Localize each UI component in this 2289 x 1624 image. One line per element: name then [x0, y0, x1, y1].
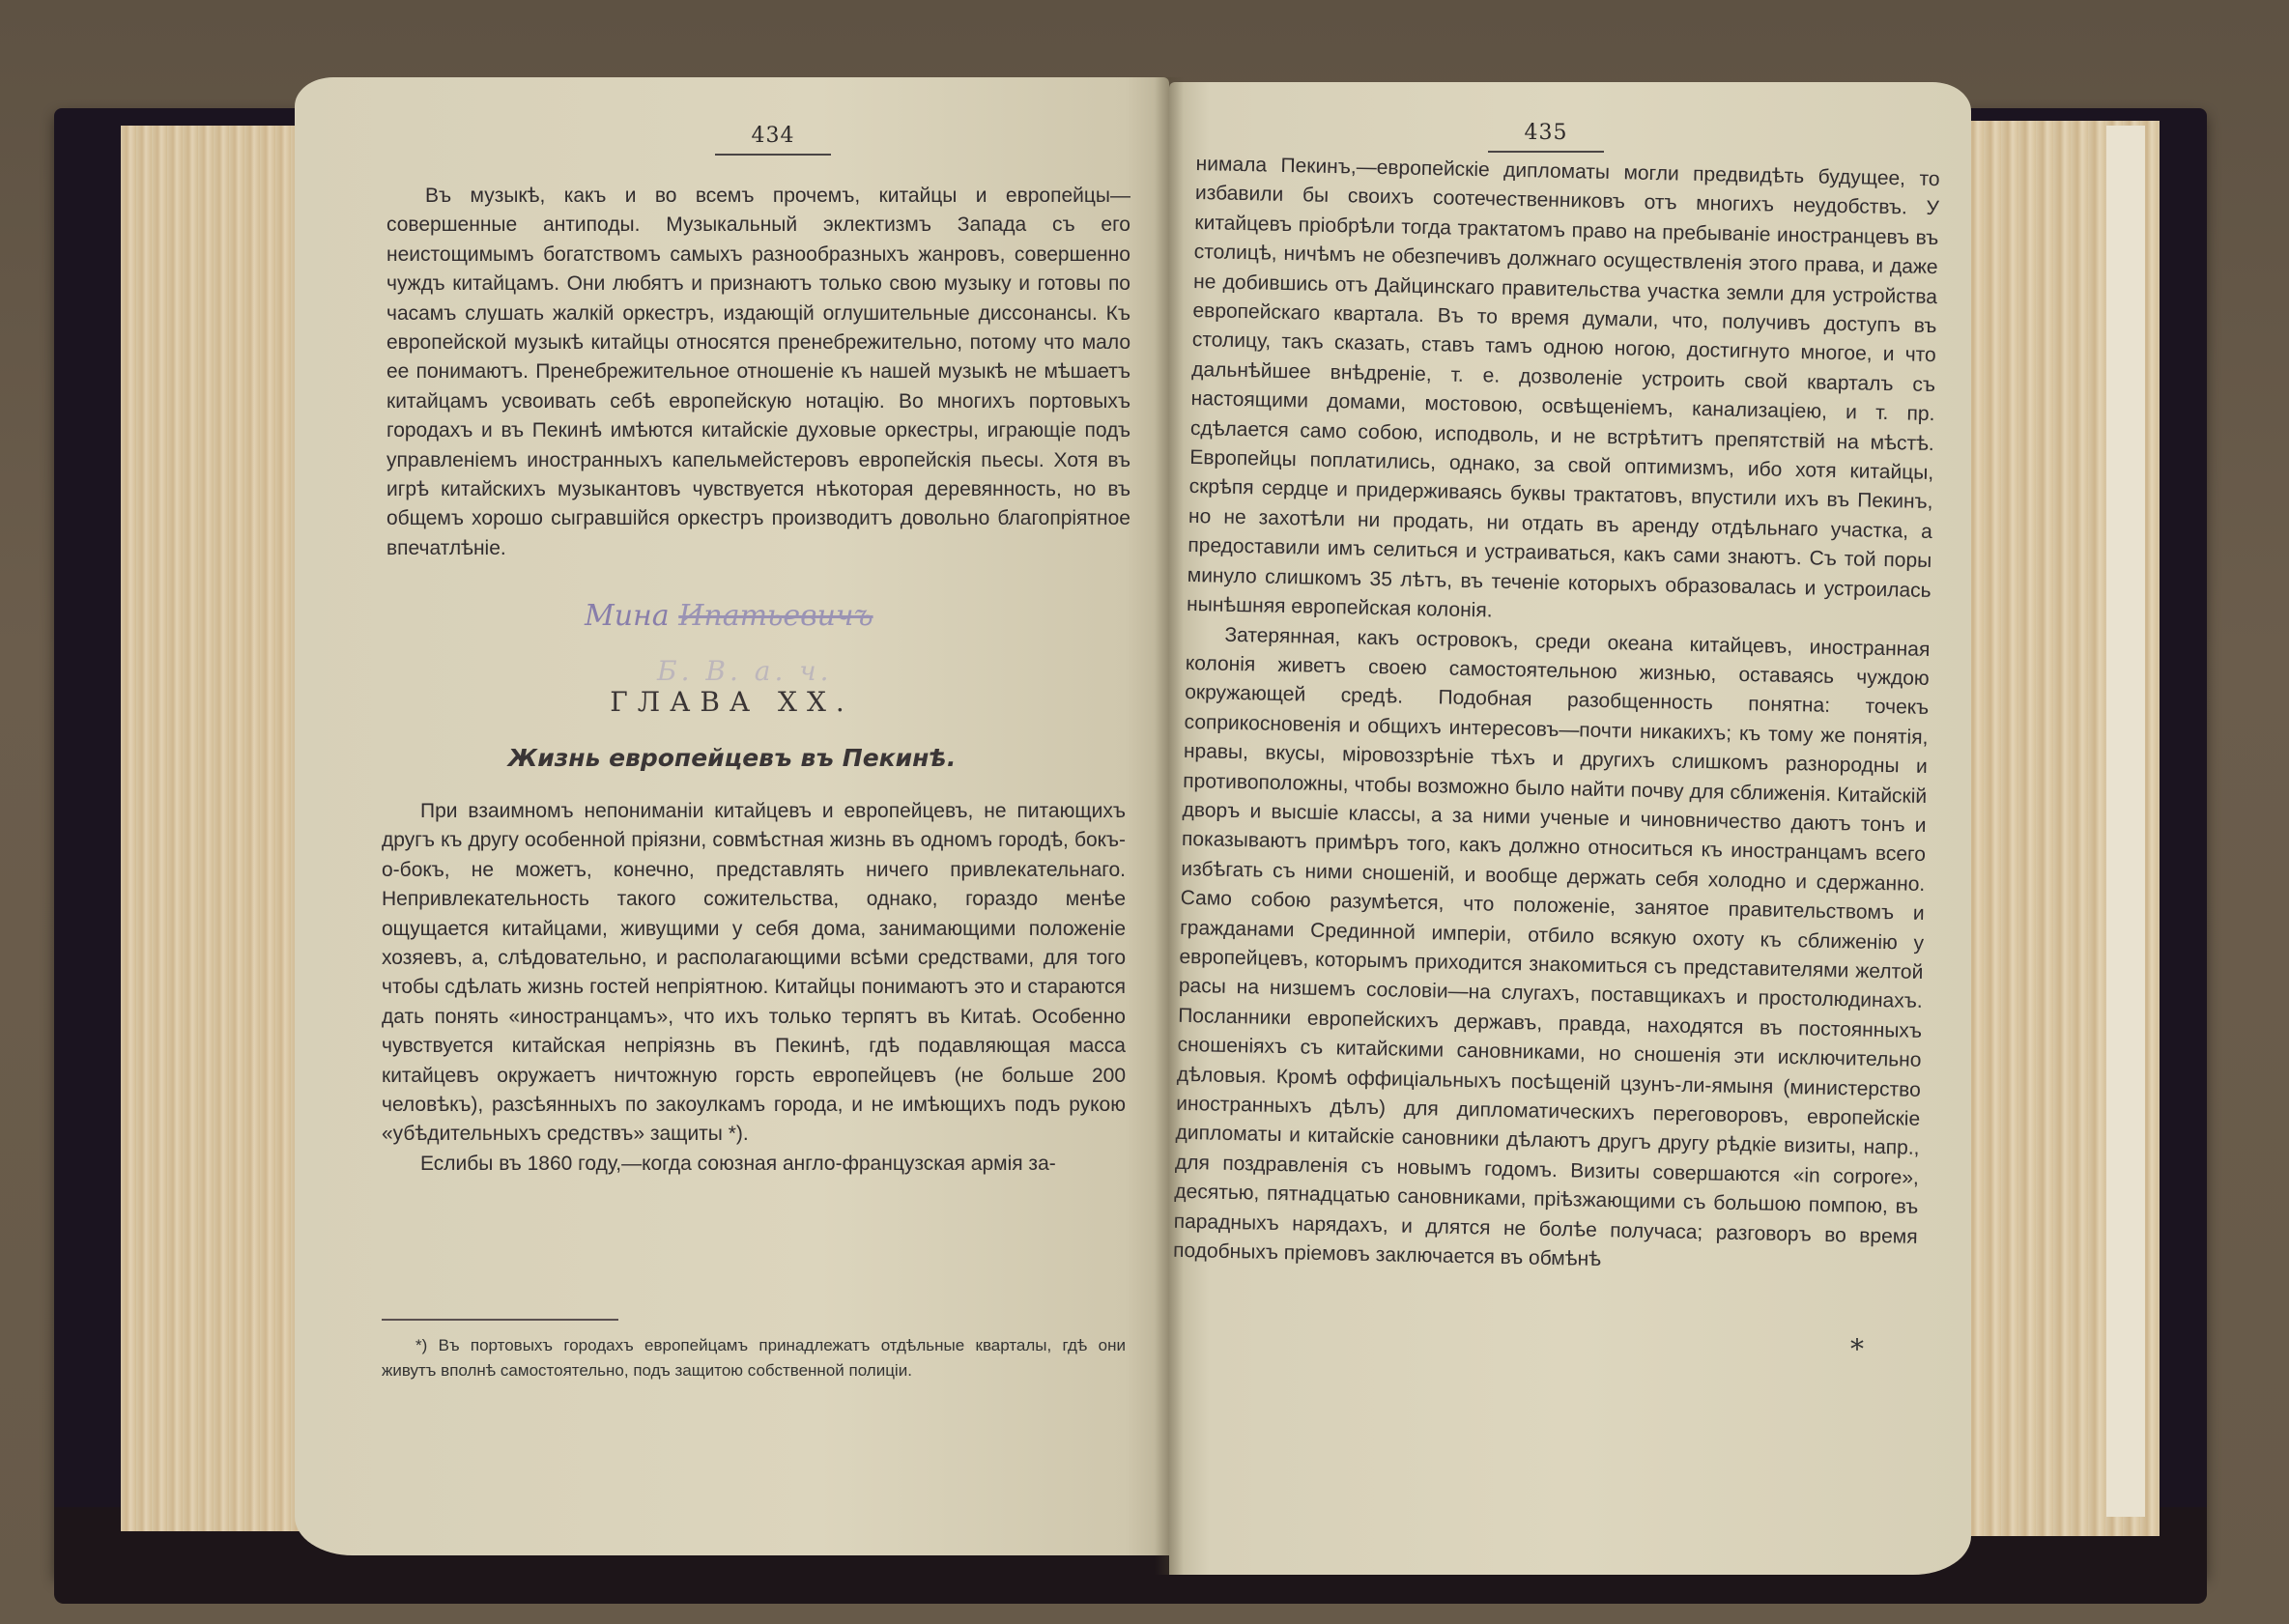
left-page: 434 Въ музыкѣ, какъ и во всемъ прочемъ, …: [295, 77, 1169, 1555]
page-number: 435: [1488, 121, 1604, 153]
footnote-rule: [382, 1319, 618, 1321]
page-number: 434: [715, 124, 831, 156]
paragraph: Еслибы въ 1860 году,—когда союзная англо…: [382, 1150, 1126, 1179]
left-page-body-text: При взаимномъ непониманіи китайцевъ и ев…: [382, 797, 1126, 1179]
paragraph: нимала Пекинъ,—европейскіе дипломаты мог…: [1187, 150, 1940, 636]
paragraph: При взаимномъ непониманіи китайцевъ и ев…: [382, 797, 1126, 1150]
right-page-text: нимала Пекинъ,—европейскіе дипломаты мог…: [1173, 150, 1940, 1281]
paragraph: Въ музыкѣ, какъ и во всемъ прочемъ, кита…: [386, 182, 1130, 563]
stamp-name: Мина: [585, 599, 670, 633]
endpaper-right: [2106, 126, 2145, 1517]
stamp-struck-name: Ипатьевичъ: [678, 599, 873, 633]
right-page: 435 нимала Пекинъ,—европейскіе дипломаты…: [1169, 82, 1971, 1575]
book-gutter: [1155, 77, 1184, 1575]
faded-stamp: Б. В. а. ч.: [657, 655, 833, 687]
left-page-top-text: Въ музыкѣ, какъ и во всемъ прочемъ, кита…: [386, 182, 1130, 563]
footnote: *) Въ портовыхъ городахъ европейцамъ при…: [382, 1333, 1126, 1383]
paragraph: Затерянная, какъ островокъ, среди океана…: [1173, 619, 1931, 1281]
chapter-title: Жизнь европейцевъ въ Пекинѣ.: [295, 744, 1169, 772]
footnote-text: *) Въ портовыхъ городахъ европейцамъ при…: [382, 1333, 1126, 1383]
owner-stamp: Мина Ипатьевичъ: [585, 599, 873, 633]
chapter-heading: ГЛАВА XX.: [295, 686, 1169, 718]
page-edges-left: [121, 126, 300, 1531]
signature-mark: *: [1850, 1333, 1864, 1365]
